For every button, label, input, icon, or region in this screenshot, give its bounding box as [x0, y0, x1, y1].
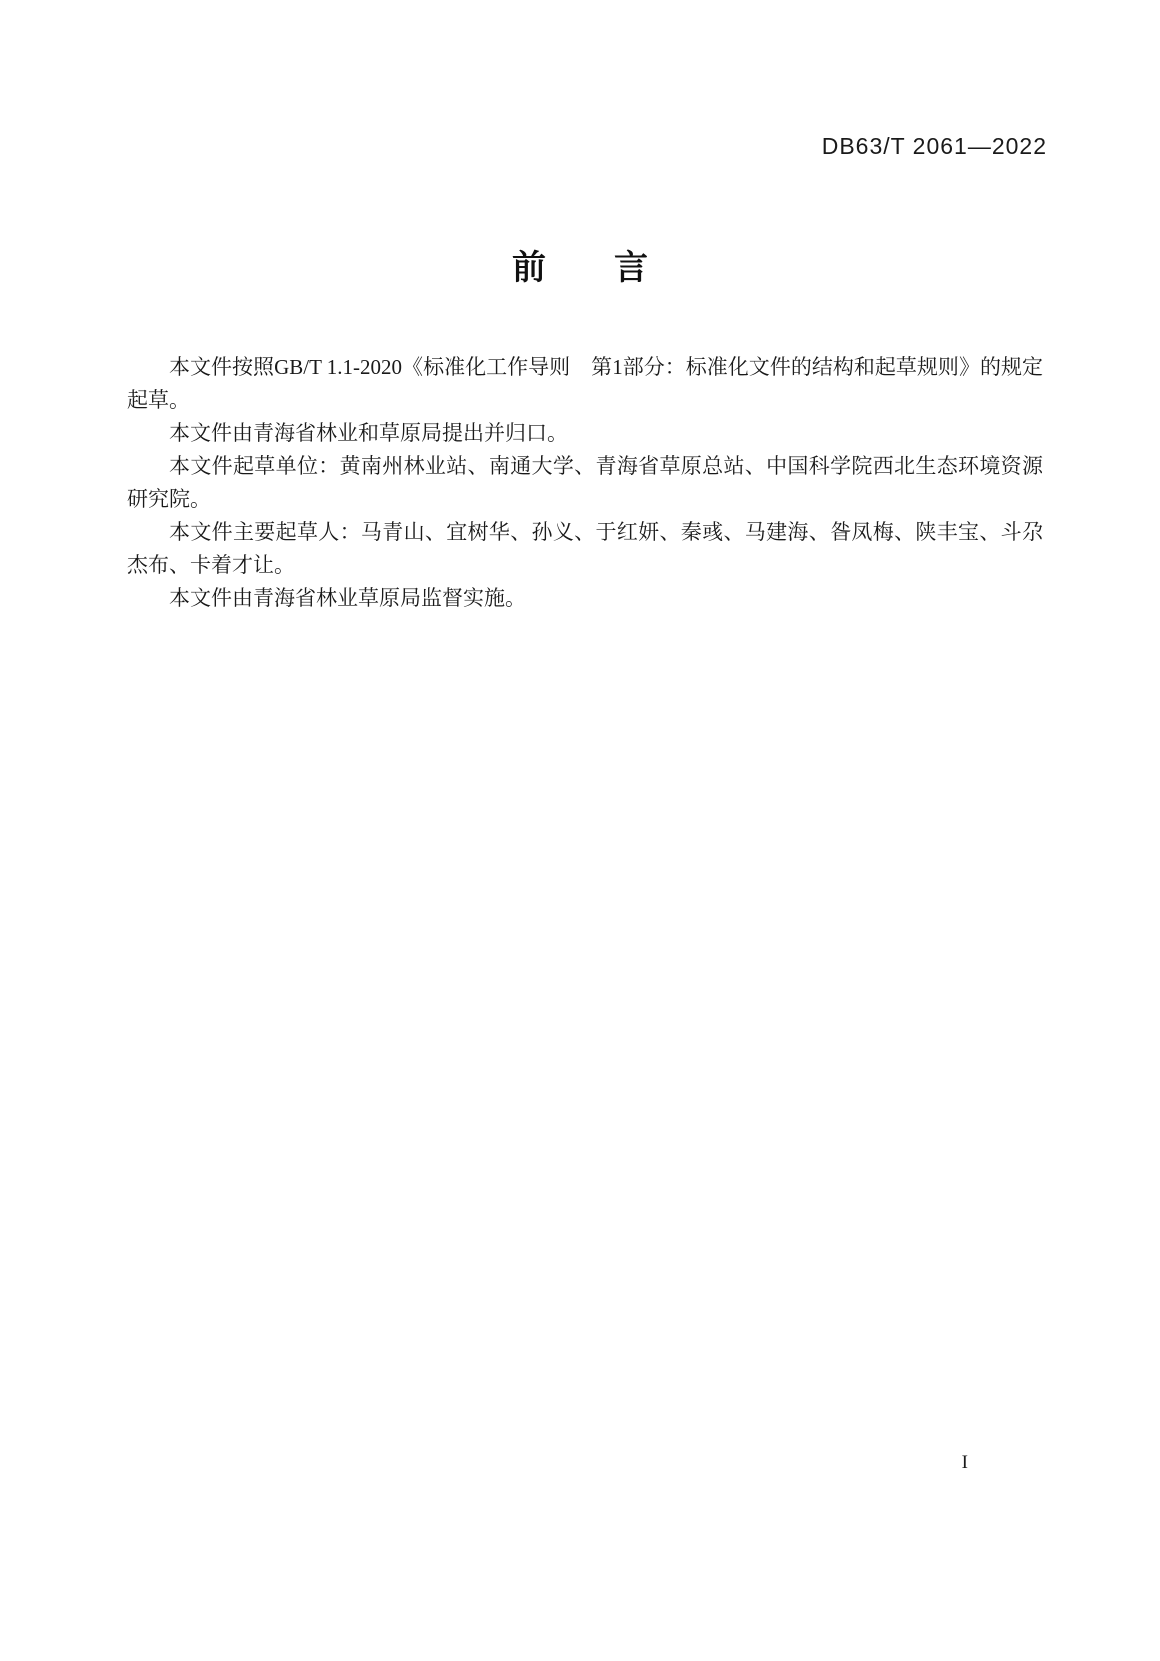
standard-document-page: DB63/T 2061—2022 前 言 本文件按照GB/T 1.1-2020《…	[0, 0, 1160, 1661]
document-code: DB63/T 2061—2022	[822, 133, 1047, 160]
foreword-paragraph-main-drafters: 本文件主要起草人：马青山、宜树华、孙义、于红妍、秦彧、马建海、昝凤梅、陕丰宝、斗…	[127, 516, 1043, 582]
foreword-body: 本文件按照GB/T 1.1-2020《标准化工作导则 第1部分：标准化文件的结构…	[127, 351, 1043, 615]
foreword-paragraph-supervision: 本文件由青海省林业草原局监督实施。	[127, 582, 1043, 615]
foreword-title: 前 言	[0, 240, 1160, 289]
foreword-paragraph-proposer: 本文件由青海省林业和草原局提出并归口。	[127, 417, 1043, 450]
page-number: I	[962, 1452, 968, 1474]
foreword-paragraph-drafting-organizations: 本文件起草单位：黄南州林业站、南通大学、青海省草原总站、中国科学院西北生态环境资…	[127, 450, 1043, 516]
foreword-paragraph-drafting-rules: 本文件按照GB/T 1.1-2020《标准化工作导则 第1部分：标准化文件的结构…	[127, 351, 1043, 417]
